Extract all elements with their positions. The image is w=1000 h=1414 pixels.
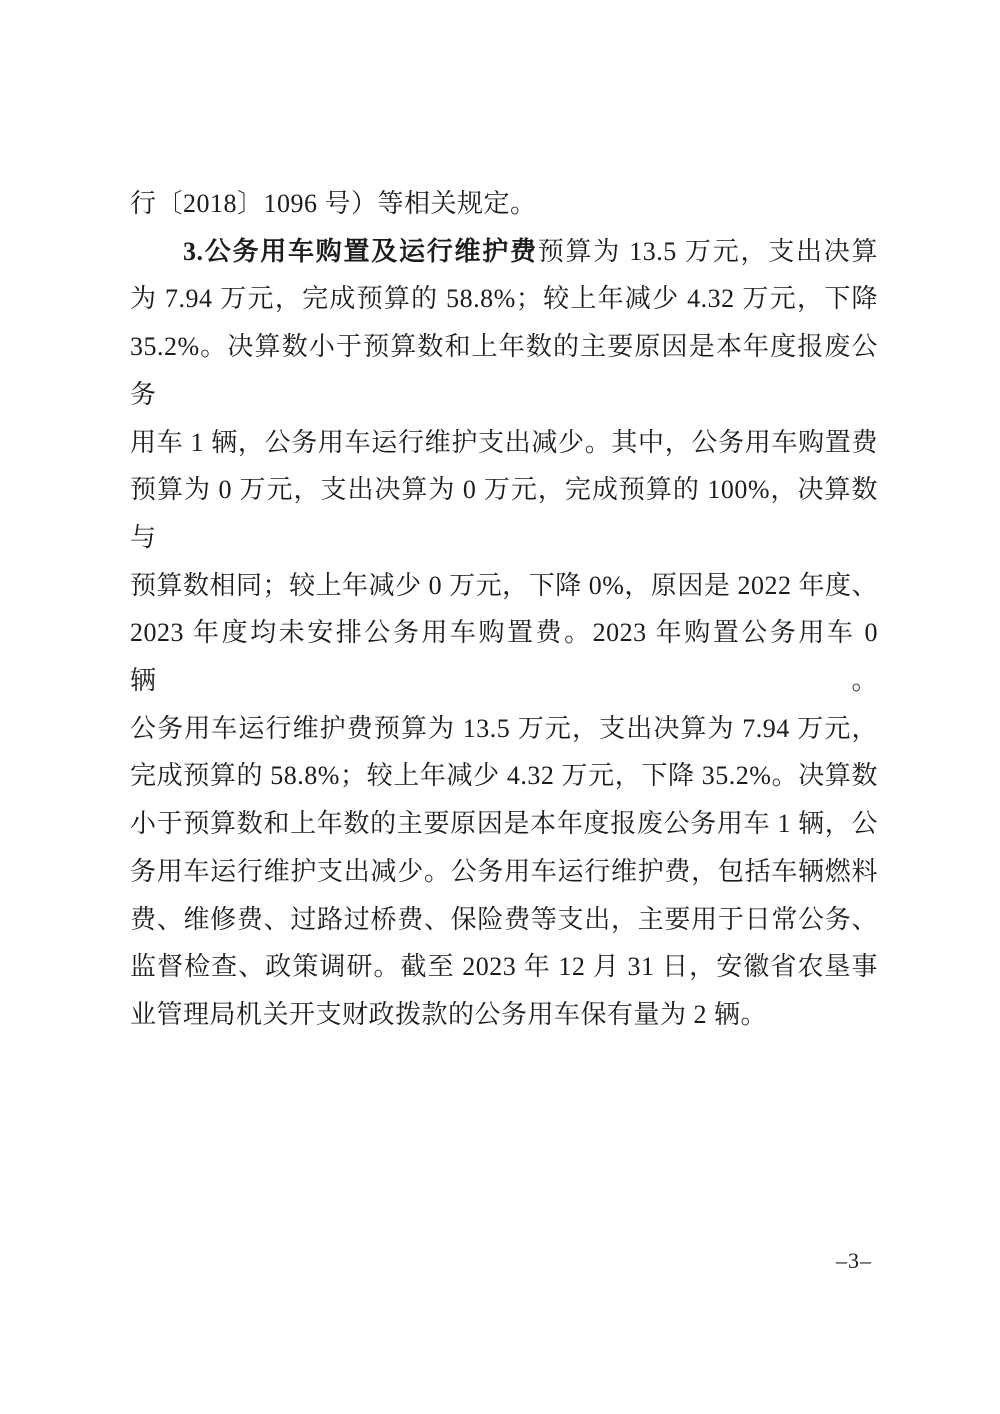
text-line: 行〔2018〕1096 号）等相关规定。 <box>130 180 878 228</box>
text-line: 3.公务用车购置及运行维护费预算为 13.5 万元，支出决算 <box>130 228 878 276</box>
text-line: 用车 1 辆，公务用车运行维护支出减少。其中，公务用车购置费 <box>130 419 878 467</box>
text-line: 小于预算数和上年数的主要原因是本年度报废公务用车 1 辆，公 <box>130 800 878 848</box>
document-page: 行〔2018〕1096 号）等相关规定。3.公务用车购置及运行维护费预算为 13… <box>0 0 1000 1414</box>
page-number: –3– <box>836 1248 872 1274</box>
text-line: 预算为 0 万元，支出决算为 0 万元，完成预算的 100%，决算数与 <box>130 466 878 561</box>
text-line: 为 7.94 万元，完成预算的 58.8%；较上年减少 4.32 万元，下降 <box>130 275 878 323</box>
text-line: 预算数相同；较上年减少 0 万元，下降 0%，原因是 2022 年度、 <box>130 562 878 610</box>
text-line: 业管理局机关开支财政拨款的公务用车保有量为 2 辆。 <box>130 991 878 1039</box>
section-heading: 3.公务用车购置及运行维护费 <box>183 237 538 266</box>
text-line: 费、维修费、过路过桥费、保险费等支出，主要用于日常公务、 <box>130 896 878 944</box>
body-text: 行〔2018〕1096 号）等相关规定。3.公务用车购置及运行维护费预算为 13… <box>130 180 878 1039</box>
text-line: 完成预算的 58.8%；较上年减少 4.32 万元，下降 35.2%。决算数 <box>130 752 878 800</box>
text-line: 35.2%。决算数小于预算数和上年数的主要原因是本年度报废公务 <box>130 323 878 418</box>
text-line: 务用车运行维护支出减少。公务用车运行维护费，包括车辆燃料 <box>130 848 878 896</box>
text-line: 2023 年度均未安排公务用车购置费。2023 年购置公务用车 0 辆。 <box>130 609 878 704</box>
text-line: 公务用车运行维护费预算为 13.5 万元，支出决算为 7.94 万元， <box>130 705 878 753</box>
text-line: 监督检查、政策调研。截至 2023 年 12 月 31 日，安徽省农垦事 <box>130 943 878 991</box>
